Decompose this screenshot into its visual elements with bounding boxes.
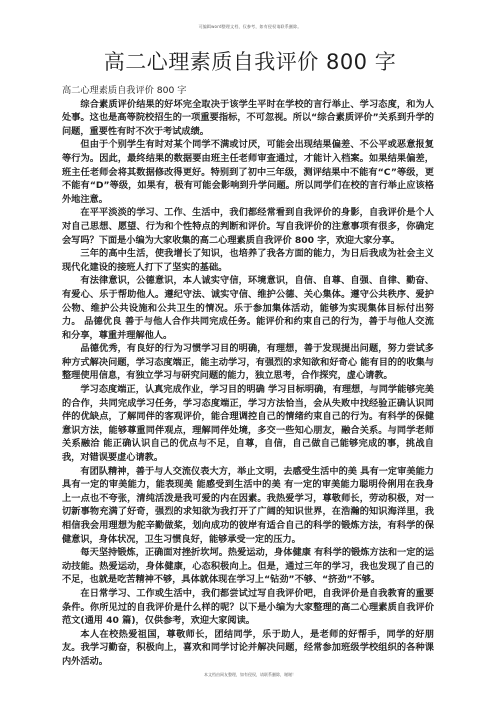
header-note: 可编辑word整理文档，仅参考，如有侵权请联系删除。	[0, 24, 500, 30]
page-title: 高二心理素质自我评价 800 字	[0, 46, 500, 76]
paragraph-10: 在日常学习、工作或生活中，我们都尝试过写自我评价吧，自我评价是自我教育的重要条件…	[62, 587, 434, 628]
paragraph-3: 在平平淡淡的学习、工作、生活中，我们都经常看到自我评价的身影，自我评价是个人对自…	[62, 206, 434, 247]
paragraph-11: 本人在校热爱祖国，尊敬师长，团结同学，乐于助人，是老师的好帮手，同学的好朋友。我…	[62, 628, 434, 669]
footer-note: 本文档由网友整理，如有侵权，请联系删除，谢谢！	[0, 672, 500, 678]
paragraph-8: 有团队精神，善于与人交流仪表大方，举止文明，去感受生活中的美 具有一定审美能力 …	[62, 465, 434, 547]
paragraph-4: 三年的高中生活，使我增长了知识，也培养了我各方面的能力，为日后我成为社会主义现代…	[62, 247, 434, 274]
paragraph-2: 但由于个别学生有时对某个同学不满或讨厌，可能会出现结果偏差、不公平或恶意报复等行…	[62, 138, 434, 206]
paragraph-9: 每天坚持锻炼，正确面对挫折坎坷。热爱运动，身体健康 有科学的锻炼方法和一定的运动…	[62, 546, 434, 587]
paragraph-6: 品德优秀，有良好的行为习惯学习目的明确，有理想，善于发现提出问题，努力尝试多种方…	[62, 342, 434, 383]
document-body: 高二心理素质自我评价 800 字 综合素质评价结果的好坏完全取决于该学生平时在学…	[62, 84, 434, 669]
document-subtitle: 高二心理素质自我评价 800 字	[62, 84, 434, 98]
paragraph-1: 综合素质评价结果的好坏完全取决于该学生平时在学校的言行举止、学习态度，和为人处事…	[62, 98, 434, 139]
paragraph-5: 有法律意识，公德意识，本人诚实守信，环境意识，自信、自尊、自强、自律、勤奋、有爱…	[62, 274, 434, 342]
paragraph-7: 学习态度端正，认真完成作业，学习目的明确 学习目标明确，有理想，与同学能够完美的…	[62, 383, 434, 465]
